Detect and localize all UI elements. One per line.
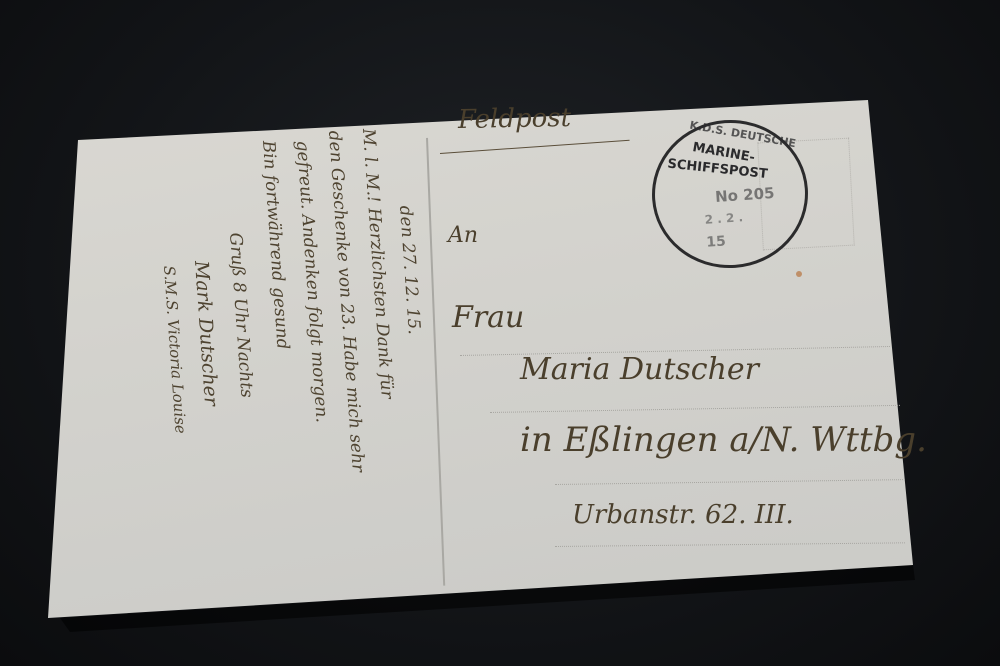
message-line: den 27. 12. 15. xyxy=(395,205,424,335)
message-line: Mark Dutscher xyxy=(190,260,222,407)
message-line: Gruß 8 Uhr Nachts xyxy=(225,232,256,398)
message-line: gefreut. Andenken folgt morgen. xyxy=(292,140,332,423)
feldpost-header: Feldpost xyxy=(458,103,572,135)
recipient-name: Maria Dutscher xyxy=(520,352,759,387)
recipient-street: Urbanstr. 62. III. xyxy=(572,500,794,530)
rust-spot xyxy=(796,271,802,277)
recipient-city: in Eßlingen a/N. Wttbg. xyxy=(520,420,927,460)
address-prefix: An xyxy=(448,223,478,248)
postmark-number: No 205 xyxy=(715,184,776,206)
handwritten-message: den 27. 12. 15. M. l. M.! Herzlichsten D… xyxy=(60,140,440,600)
message-line: Bin fortwährend gesund xyxy=(258,140,293,350)
postmark-date: 2 . 2 . xyxy=(704,210,743,227)
message-line: S.M.S. Victoria Louise xyxy=(160,265,190,434)
postmark-year: 15 xyxy=(706,233,727,250)
message-line: M. l. M.! Herzlichsten Dank für xyxy=(358,128,397,399)
address-salutation: Frau xyxy=(452,300,524,335)
